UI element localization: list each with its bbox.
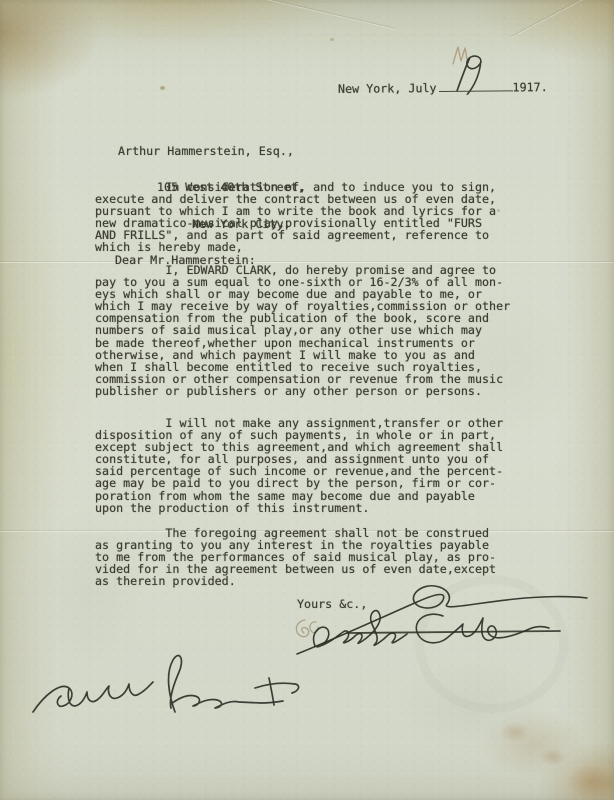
date-year: 1917. — [512, 80, 547, 94]
stain-corner — [568, 764, 614, 800]
recipient-name: Arthur Hammerstein, Esq., — [115, 145, 305, 157]
stain-speck — [330, 38, 334, 41]
stain-speck — [160, 86, 165, 90]
handwritten-day — [450, 55, 486, 95]
bleed-through-blot — [398, 655, 548, 755]
signature-clark — [416, 614, 549, 643]
stain-speck — [497, 209, 500, 212]
digit-1-stroke — [456, 58, 469, 91]
signature-hammerst — [169, 656, 283, 712]
date-underline — [438, 80, 512, 92]
date-line: New York, July 1917. — [338, 80, 548, 95]
date-prefix: New York, July — [338, 81, 437, 96]
paragraph-3: I will not make any assignment,transfer … — [95, 417, 503, 514]
signature-flourish — [297, 586, 587, 654]
crease-diagonal-top — [240, 0, 396, 30]
signature-t-cross — [255, 678, 299, 705]
signature-arthur — [33, 682, 153, 712]
paragraph-2: I, EDWARD CLARK, do hereby promise and a… — [95, 264, 510, 397]
crease-diagonal-corner — [510, 0, 595, 38]
stain-spot — [540, 748, 566, 766]
stain-spot — [500, 722, 530, 742]
clark-signature — [275, 558, 600, 668]
paragraph-1: In consideration of, and to induce you t… — [95, 181, 496, 254]
letter-page: New York, July 1917. Arthur Hammerstein,… — [0, 0, 614, 800]
hammerstein-signature — [25, 648, 315, 723]
